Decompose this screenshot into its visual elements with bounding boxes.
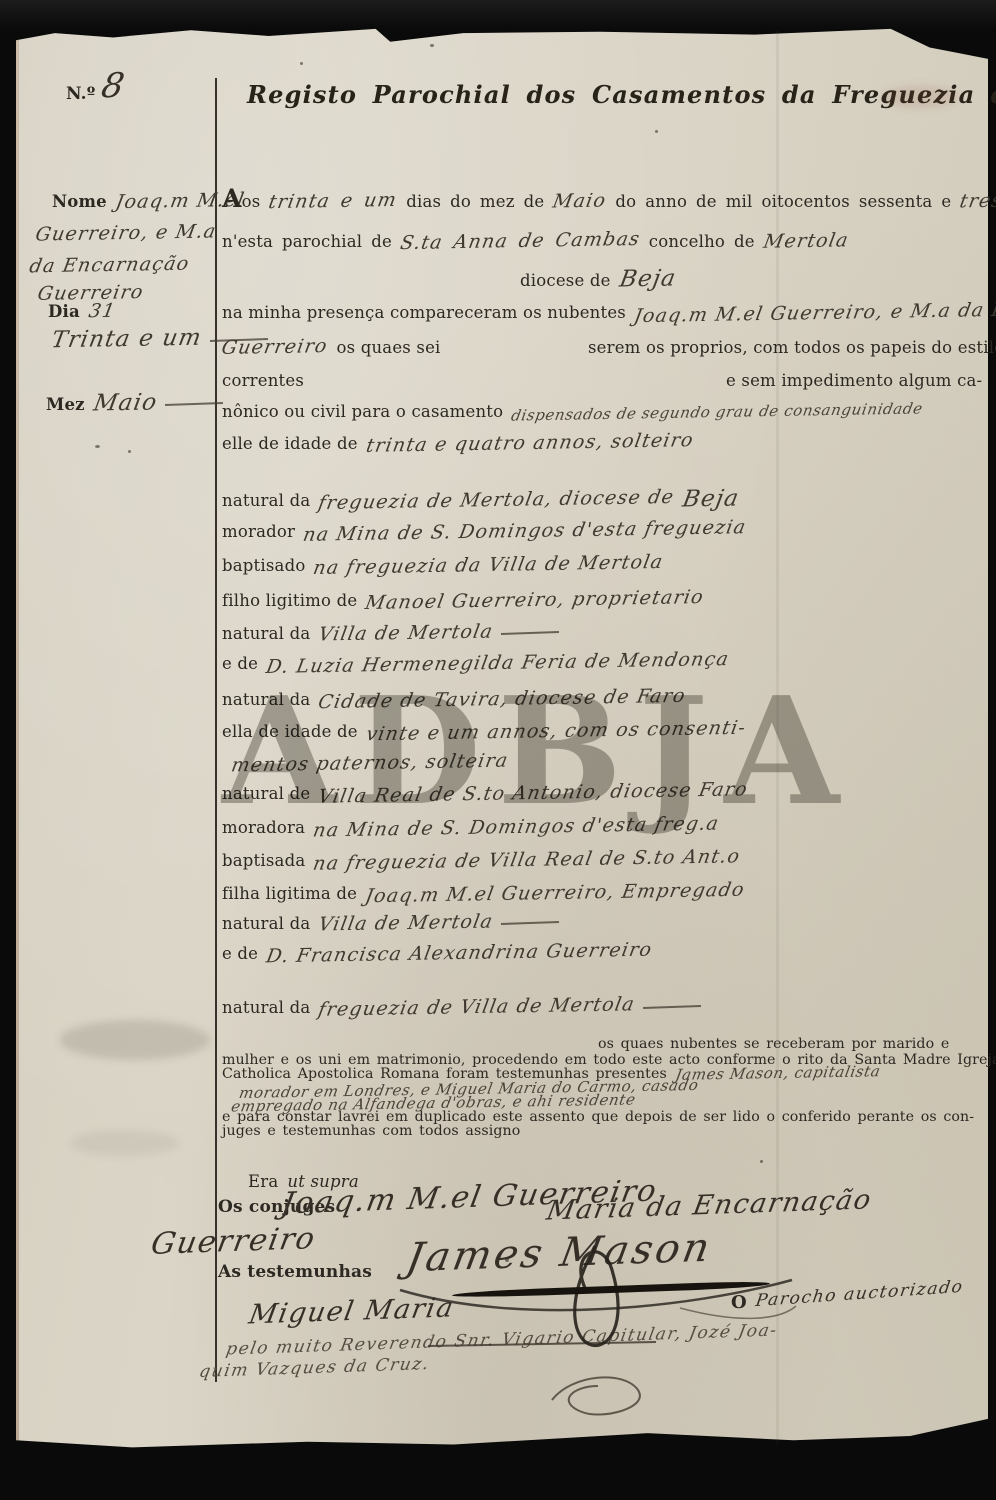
margin-day-line: Dia31 <box>48 300 115 322</box>
form-line-3: diocese deBeja <box>520 266 676 292</box>
printed-text: do anno de mil oitocentos sessenta e <box>615 192 951 211</box>
margin-name-line: NomeJoaq.m M.el <box>52 190 245 212</box>
printed-text: natural da <box>222 491 310 510</box>
margin-month-line: MezMaio <box>46 390 223 416</box>
printed-text: correntes <box>222 371 304 390</box>
printed-text: natural da <box>222 998 310 1017</box>
printed-text: morador <box>222 522 295 541</box>
printed-text: dias do mez de <box>406 192 544 211</box>
ink-bleedthrough-smudge <box>70 1130 180 1156</box>
handwritten-text: freguezia de Mertola, diocese de <box>317 486 677 514</box>
printed-text: e sem impedimento algum ca- <box>726 371 982 390</box>
signature-text: Guerreiro <box>148 1221 318 1262</box>
handwritten-text: trinta e um <box>267 189 399 213</box>
signature-flourish <box>380 1228 800 1388</box>
handwritten-text: na Mina de S. Domingos d'esta freguezia <box>301 516 748 546</box>
watermark-text: ADBJA <box>222 664 855 838</box>
handwritten-text: Beja <box>681 486 742 513</box>
printed-text: filho ligitimo de <box>222 591 357 610</box>
form-line-8: elle de idade detrinta e quatro annos, s… <box>222 432 693 454</box>
handwritten-text: da Encarnação <box>28 253 192 278</box>
handwritten-text: Joaq.m M.el Guerreiro, e M.a da Encarnaç… <box>632 297 996 327</box>
handwritten-text: dispensados de segundo grau de consangui… <box>510 399 925 424</box>
printed-text: A <box>222 184 242 213</box>
rubric-flourish <box>540 1368 660 1424</box>
printed-text: filha ligitima de <box>222 884 357 903</box>
printed-text: serem os proprios, com todos os papeis d… <box>588 338 996 357</box>
form-line-12: filho ligitimo deManoel Guerreiro, propr… <box>222 589 704 611</box>
printed-text: Dia <box>48 302 80 321</box>
bride-signature-line2: Guerreiro <box>148 1221 318 1262</box>
form-line-31: juges e testemunhas com todos assigno <box>222 1120 520 1139</box>
form-line-11: baptisadona freguezia da Villa de Mertol… <box>222 554 663 576</box>
margin-name-line: Guerreiro, e M.a <box>36 222 216 244</box>
printed-text: e de <box>222 944 258 963</box>
form-line-1: Aostrinta e umdias do mez deMaiodo anno … <box>222 190 996 212</box>
handwritten-text: Guerreiro, e M.a <box>34 220 219 245</box>
number-label: N.º <box>66 84 95 104</box>
printed-text: baptisado <box>222 556 305 575</box>
margin-divider-line <box>215 78 217 1382</box>
handwritten-text: Trinta e um <box>49 325 204 354</box>
form-line-5-right: serem os proprios, com todos os papeis d… <box>588 338 996 357</box>
printed-text: natural da <box>222 624 310 643</box>
form-line-20: baptisadana freguezia de Villa Real de S… <box>222 849 740 871</box>
handwritten-text: James Mason, capitalista <box>674 1062 882 1084</box>
printed-text: juges e testemunhas com todos assigno <box>222 1123 520 1139</box>
handwritten-text: Maio <box>91 389 159 416</box>
printed-text: concelho de <box>649 232 755 251</box>
handwritten-text: D. Francisca Alexandrina Guerreiro <box>265 939 655 968</box>
form-line-9: natural dafreguezia de Mertola, diocese … <box>222 486 739 512</box>
scanned-parish-register: N.º 8 Registo Parochial dos Casamentos d… <box>0 0 996 1500</box>
form-line-10: moradorna Mina de S. Domingos d'esta fre… <box>222 520 746 542</box>
form-line-4: na minha presença compareceram os nubent… <box>222 301 996 323</box>
printed-text: os <box>242 192 261 211</box>
handwritten-text: trinta e quatro annos, solteiro <box>364 429 695 457</box>
margin-name-line: da Encarnação <box>30 254 189 276</box>
form-line-5: Guerreiroos quaes sei <box>222 336 441 358</box>
form-line-21: filha ligitima deJoaq.m M.el Guerreiro, … <box>222 882 744 904</box>
form-line-24: natural dafreguezia de Villa de Mertola <box>222 996 701 1018</box>
printed-text: Nome <box>52 192 107 211</box>
handwritten-text: Joaq.m M.el Guerreiro, Empregado <box>364 879 747 908</box>
record-number-label: N.º <box>66 84 95 104</box>
printed-text: os quaes sei <box>336 338 440 357</box>
printed-text: nônico ou civil para o casamento <box>222 402 503 421</box>
paper-speckle <box>95 445 100 448</box>
handwritten-text: na freguezia de Villa Real de S.to Ant.o <box>312 845 743 874</box>
paper-speckle <box>655 130 658 133</box>
ink-bleedthrough-smudge <box>880 86 960 108</box>
handwritten-text: Guerreiro <box>220 335 330 359</box>
printed-text: natural da <box>222 914 310 933</box>
form-line-6-right: e sem impedimento algum ca- <box>726 371 982 390</box>
handwritten-text: Mertola <box>762 229 851 252</box>
handwritten-text: Villa de Mertola <box>317 620 495 645</box>
printed-text: na minha presença compareceram os nubent… <box>222 303 626 322</box>
form-line-23: e deD. Francisca Alexandrina Guerreiro <box>222 942 652 964</box>
handwritten-text: Manoel Guerreiro, proprietario <box>364 586 706 614</box>
handwritten-text: S.ta Anna de Cambas <box>399 228 642 254</box>
paper-speckle <box>300 62 303 65</box>
printed-text: Era <box>248 1172 278 1191</box>
testemunhas-label: As testemunhas <box>218 1262 372 1282</box>
printed-text: diocese de <box>520 271 611 290</box>
handwritten-text: 31 <box>87 300 118 322</box>
printed-text: elle de idade de <box>222 434 358 453</box>
handwritten-text: Maio <box>551 190 608 213</box>
handwritten-text: freguezia de Villa de Mertola <box>317 993 637 1021</box>
handwritten-text: na freguezia da Villa de Mertola <box>312 551 666 579</box>
printed-text: As testemunhas <box>218 1262 372 1282</box>
paper-speckle <box>430 44 434 47</box>
handwritten-text: Beja <box>617 266 678 293</box>
form-line-2: n'esta parochial deS.ta Anna de Cambasco… <box>222 230 848 252</box>
printed-text: baptisada <box>222 851 305 870</box>
printed-text: n'esta parochial de <box>222 232 392 251</box>
paper-speckle <box>128 450 131 453</box>
form-line-13: natural daVilla de Mertola <box>222 622 559 644</box>
handwritten-text: tres <box>958 190 996 213</box>
ink-bleedthrough-smudge <box>60 1020 210 1060</box>
form-line-6: correntes <box>222 371 304 390</box>
printed-text: Mez <box>46 395 85 414</box>
paper-speckle <box>760 1160 763 1163</box>
form-line-7: nônico ou civil para o casamentodispensa… <box>222 402 922 421</box>
handwritten-text: Villa de Mertola <box>317 910 495 935</box>
archive-watermark: ADBJA <box>222 664 855 838</box>
form-line-22: natural daVilla de Mertola <box>222 912 559 934</box>
